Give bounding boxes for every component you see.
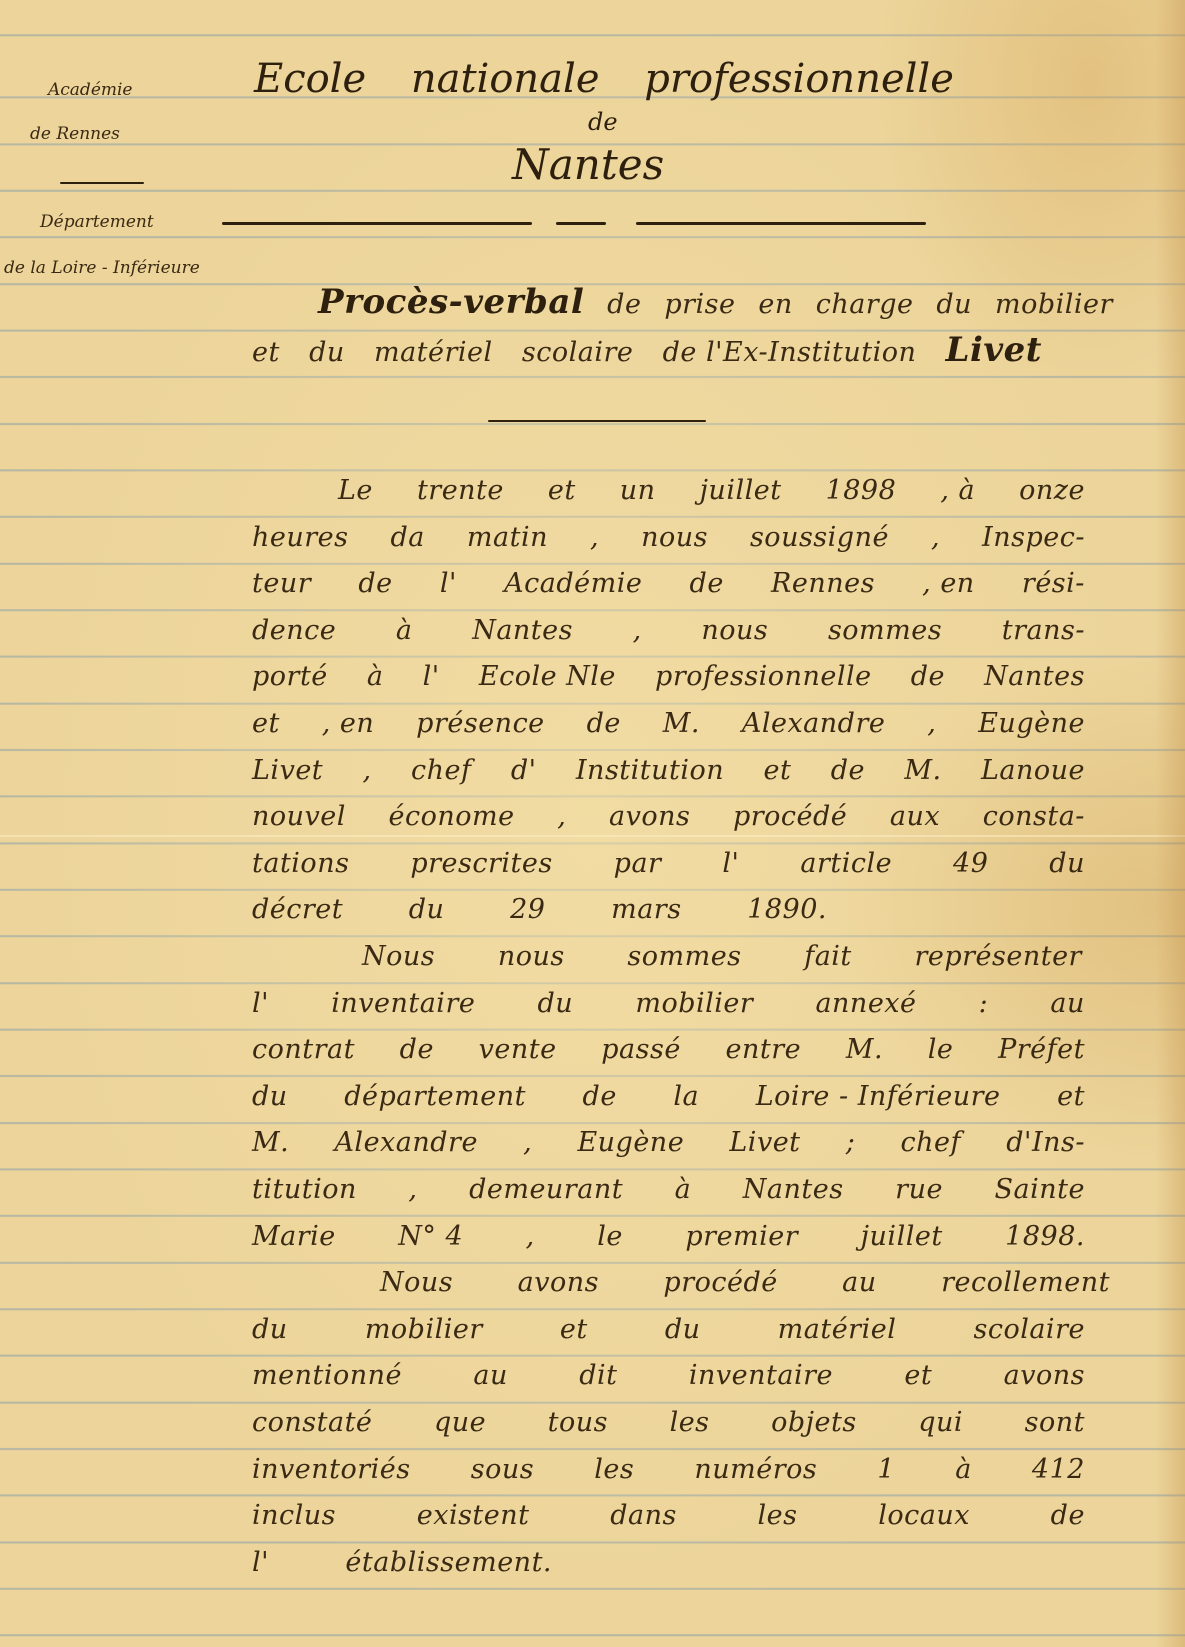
word: avons xyxy=(518,1267,599,1298)
word: chef xyxy=(901,1127,961,1158)
word: 49 xyxy=(953,848,988,879)
word: annexé xyxy=(815,988,916,1019)
word: heures xyxy=(252,522,349,553)
word: da xyxy=(391,522,425,553)
word: M. xyxy=(252,1127,289,1158)
word: présence xyxy=(416,708,545,739)
word: de xyxy=(607,289,641,320)
word: de xyxy=(831,755,865,786)
word: de xyxy=(583,1081,617,1112)
worn-edge xyxy=(1155,0,1185,1647)
body-line: Nousavonsprocédéaurecollement xyxy=(380,1267,1110,1298)
word: Alexandre xyxy=(742,708,886,739)
word: Inspec- xyxy=(982,522,1085,553)
word: prise xyxy=(664,289,735,320)
word: au xyxy=(473,1360,508,1391)
word: Marie xyxy=(252,1221,336,1252)
word: les xyxy=(670,1407,710,1438)
header-rule-left xyxy=(222,222,532,225)
word: l' xyxy=(722,848,739,879)
word: Livet xyxy=(252,755,323,786)
word: mars xyxy=(611,894,681,925)
word: représenter xyxy=(914,941,1082,972)
school-city: Nantes xyxy=(512,140,664,189)
document-page: Académie de Rennes Département de la Loi… xyxy=(0,0,1185,1647)
word: matin xyxy=(467,522,548,553)
subject-rule xyxy=(488,420,706,422)
word: Rennes xyxy=(771,568,875,599)
word: scolaire xyxy=(522,337,634,368)
word: M. xyxy=(663,708,700,739)
word: tous xyxy=(548,1407,608,1438)
word: d'Ins- xyxy=(1006,1127,1085,1158)
subject-line-1: Procès-verbal de prise en charge du mobi… xyxy=(318,282,1113,322)
word: le xyxy=(597,1221,623,1252)
word: locaux xyxy=(878,1500,970,1531)
word: M. xyxy=(846,1034,883,1065)
word: , xyxy=(523,1127,532,1158)
header-rule-middle xyxy=(556,222,606,225)
word: article xyxy=(800,848,892,879)
body-line: inclusexistentdansleslocauxde xyxy=(252,1500,1085,1531)
word: Le xyxy=(338,475,373,506)
word: mobilier xyxy=(635,988,753,1019)
word: ; xyxy=(846,1127,856,1158)
word: Livet xyxy=(729,1127,800,1158)
word: N° 4 xyxy=(398,1221,463,1252)
body-line: M.Alexandre,EugèneLivet;chefd'Ins- xyxy=(252,1127,1085,1158)
word: vente xyxy=(479,1034,557,1065)
word: nous xyxy=(641,522,708,553)
word: 1898. xyxy=(1005,1221,1085,1252)
body-line: inventoriéssouslesnuméros1à412 xyxy=(252,1454,1085,1485)
word: : xyxy=(979,988,989,1019)
word: avons xyxy=(609,801,690,832)
word: trente xyxy=(417,475,504,506)
body-line: Nousnoussommesfaitreprésenter xyxy=(362,941,1082,972)
header-rule-right xyxy=(636,222,926,225)
word: aux xyxy=(890,801,940,832)
word: procédé xyxy=(733,801,847,832)
word: du xyxy=(538,988,574,1019)
word: de l'Ex-Institution xyxy=(663,337,917,368)
word: par xyxy=(614,848,662,879)
word: que xyxy=(434,1407,486,1438)
word: établissement. xyxy=(345,1547,552,1578)
body-line: Letrenteetunjuillet1898, àonze xyxy=(338,475,1085,506)
margin-divider xyxy=(60,182,144,184)
word: les xyxy=(594,1454,634,1485)
word: Eugène xyxy=(577,1127,684,1158)
word: mentionné xyxy=(252,1360,402,1391)
word: du xyxy=(1049,848,1085,879)
word: au xyxy=(842,1267,877,1298)
word: porté xyxy=(252,661,328,692)
word: l' xyxy=(252,988,269,1019)
word: chef xyxy=(411,755,471,786)
word: et xyxy=(252,337,280,368)
body-line: titution,demeurantàNantesrueSainte xyxy=(252,1174,1085,1205)
word: inventaire xyxy=(331,988,475,1019)
word: charge xyxy=(816,289,914,320)
word: scolaire xyxy=(973,1314,1085,1345)
word: le xyxy=(928,1034,954,1065)
word: , xyxy=(633,615,642,646)
body-line: tationsprescritesparl'article49du xyxy=(252,848,1085,879)
word: , xyxy=(408,1174,417,1205)
word: et xyxy=(560,1314,588,1345)
body-line: constatéquetouslesobjetsquisont xyxy=(252,1407,1085,1438)
school-title-de: de xyxy=(588,108,618,136)
body-line: dumobilieretdumatérielscolaire xyxy=(252,1314,1085,1345)
word: la xyxy=(673,1081,699,1112)
body-line: mentionnéauditinventaireetavons xyxy=(252,1360,1085,1391)
word: rue xyxy=(895,1174,943,1205)
word: procédé xyxy=(663,1267,777,1298)
word: du xyxy=(252,1081,288,1112)
word: à xyxy=(367,661,384,692)
proces-verbal-title: Procès-verbal xyxy=(318,282,584,322)
margin-academie: Académie xyxy=(48,80,133,100)
word: juillet xyxy=(700,475,782,506)
word: du xyxy=(409,894,445,925)
word: l' xyxy=(440,568,457,599)
word: , xyxy=(526,1221,535,1252)
body-line: MarieN° 4,lepremierjuillet1898. xyxy=(252,1221,1085,1252)
word: , à xyxy=(940,475,975,506)
word: demeurant xyxy=(469,1174,623,1205)
word: 1 xyxy=(877,1454,895,1485)
word: Lanoue xyxy=(981,755,1085,786)
word: sous xyxy=(471,1454,534,1485)
word: nouvel xyxy=(252,801,346,832)
word: entre xyxy=(726,1034,802,1065)
word: matériel xyxy=(778,1314,897,1345)
word: et xyxy=(252,708,280,739)
word: Loire - Inférieure xyxy=(756,1081,1001,1112)
word: titution xyxy=(252,1174,357,1205)
word: du xyxy=(252,1314,288,1345)
word: fait xyxy=(804,941,852,972)
word: , xyxy=(927,708,936,739)
word: contrat xyxy=(252,1034,355,1065)
word: et xyxy=(548,475,576,506)
word: onze xyxy=(1019,475,1085,506)
word: existent xyxy=(417,1500,530,1531)
word: de xyxy=(358,568,392,599)
paper-fold xyxy=(0,835,1185,837)
word: nous xyxy=(701,615,768,646)
word: Préfet xyxy=(998,1034,1085,1065)
word: dans xyxy=(610,1500,677,1531)
word: M. xyxy=(904,755,941,786)
word: département xyxy=(344,1081,526,1112)
word: décret xyxy=(252,894,343,925)
word: Nantes xyxy=(472,615,573,646)
word: nous xyxy=(498,941,565,972)
word: les xyxy=(758,1500,798,1531)
word: recollement xyxy=(941,1267,1110,1298)
word: , en xyxy=(922,568,975,599)
word: à xyxy=(675,1174,692,1205)
word: du xyxy=(936,289,972,320)
word: trans- xyxy=(1002,615,1085,646)
word: consta- xyxy=(983,801,1085,832)
word: de xyxy=(690,568,724,599)
word: Académie xyxy=(504,568,642,599)
word: , en xyxy=(322,708,375,739)
body-line: Livet,chefd'InstitutionetdeM.Lanoue xyxy=(252,755,1085,786)
word: numéros xyxy=(694,1454,817,1485)
word: Nous xyxy=(362,941,435,972)
word: sommes xyxy=(627,941,741,972)
word: , xyxy=(363,755,372,786)
word: qui xyxy=(918,1407,963,1438)
body-line: et, enprésencedeM.Alexandre,Eugène xyxy=(252,708,1085,739)
word: 1890. xyxy=(747,894,827,925)
word: 412 xyxy=(1032,1454,1085,1485)
word: et xyxy=(764,755,792,786)
word: de xyxy=(587,708,621,739)
margin-rennes: de Rennes xyxy=(30,124,120,144)
word: de xyxy=(1051,1500,1085,1531)
word: Nantes xyxy=(984,661,1085,692)
word: , xyxy=(557,801,566,832)
word: du xyxy=(665,1314,701,1345)
word: , xyxy=(931,522,940,553)
word: sont xyxy=(1025,1407,1085,1438)
margin-departement: Département xyxy=(40,212,154,232)
word: Eugène xyxy=(978,708,1085,739)
word: passé xyxy=(601,1034,681,1065)
word: l' xyxy=(252,1547,269,1578)
body-line: contratdeventepasséentreM.lePréfet xyxy=(252,1034,1085,1065)
word: à xyxy=(955,1454,972,1485)
word: Ecole Nle xyxy=(479,661,616,692)
word: Sainte xyxy=(995,1174,1085,1205)
body-line: portéàl'Ecole NleprofessionnelledeNantes xyxy=(252,661,1085,692)
word: objets xyxy=(771,1407,857,1438)
word: soussigné xyxy=(750,522,889,553)
word: inventaire xyxy=(689,1360,833,1391)
word: économe xyxy=(389,801,515,832)
word: prescrites xyxy=(410,848,552,879)
word: rési- xyxy=(1022,568,1085,599)
word: inclus xyxy=(252,1500,336,1531)
word: inventoriés xyxy=(252,1454,411,1485)
body-line: décretdu29mars1890. xyxy=(252,894,827,925)
word: , xyxy=(590,522,599,553)
word: 29 xyxy=(510,894,545,925)
body-line: denceàNantes,noussommestrans- xyxy=(252,615,1085,646)
word: juillet xyxy=(861,1221,943,1252)
word: Institution xyxy=(576,755,724,786)
word: mobilier xyxy=(365,1314,483,1345)
word: Nantes xyxy=(743,1174,844,1205)
word: et xyxy=(904,1360,932,1391)
body-line: nouveléconome,avonsprocédéauxconsta- xyxy=(252,801,1085,832)
word: avons xyxy=(1004,1360,1085,1391)
word: au xyxy=(1050,988,1085,1019)
word: premier xyxy=(685,1221,798,1252)
word: Alexandre xyxy=(334,1127,478,1158)
word: professionnelle xyxy=(655,661,872,692)
body-line: l'établissement. xyxy=(252,1547,552,1578)
word: un xyxy=(620,475,656,506)
institution-name: Livet xyxy=(946,330,1042,370)
subject-line-2: et du matériel scolaire de l'Ex-Institut… xyxy=(252,330,1042,370)
word: 1898 xyxy=(826,475,897,506)
word: et xyxy=(1057,1081,1085,1112)
word: dence xyxy=(252,615,336,646)
word: teur xyxy=(252,568,311,599)
body-line: teurdel'AcadémiedeRennes, enrési- xyxy=(252,568,1085,599)
word: constaté xyxy=(252,1407,372,1438)
body-line: dudépartementdelaLoire - Inférieureet xyxy=(252,1081,1085,1112)
word: matériel xyxy=(374,337,493,368)
word: en xyxy=(758,289,792,320)
word: Nous xyxy=(380,1267,453,1298)
word: à xyxy=(396,615,413,646)
word: l' xyxy=(423,661,440,692)
word: de xyxy=(911,661,945,692)
word: dit xyxy=(579,1360,617,1391)
body-line: heuresdamatin,noussoussigné,Inspec- xyxy=(252,522,1085,553)
body-line: l'inventairedumobilierannexé:au xyxy=(252,988,1085,1019)
word: d' xyxy=(511,755,537,786)
word: tations xyxy=(252,848,349,879)
word: sommes xyxy=(828,615,942,646)
word: de xyxy=(400,1034,434,1065)
margin-loire-inferieure: de la Loire - Inférieure xyxy=(4,258,200,278)
word: du xyxy=(309,337,345,368)
school-title: Ecole nationale professionnelle xyxy=(254,56,954,102)
word: mobilier xyxy=(995,289,1113,320)
